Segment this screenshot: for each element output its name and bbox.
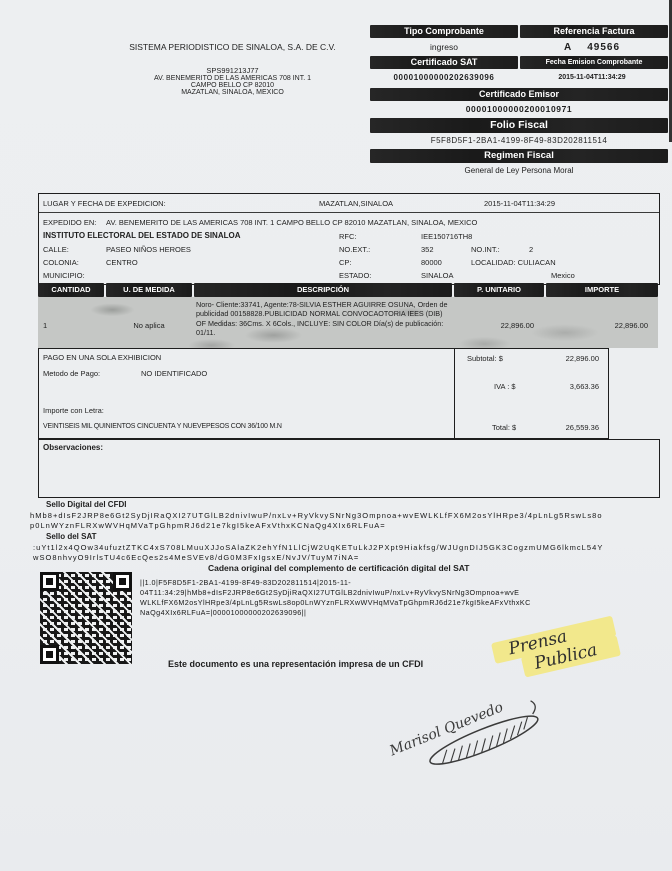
qr-finder-bottom-left <box>40 645 59 664</box>
calle-label: CALLE: <box>43 245 69 254</box>
importe-letra-value: VEINTISEIS MIL QUINIENTOS CINCUENTA Y NU… <box>43 423 282 430</box>
pais-value: Mexico <box>551 271 575 280</box>
iva-value: 3,663.36 <box>570 382 599 391</box>
cadena-line-2: 04T11:34:29|hMb8+dIsF2JRP8e6Gt2SyDjiRaQX… <box>140 588 531 598</box>
emitter-rfc: SPS991213J77 <box>105 66 360 75</box>
certificado-sat-header: Certificado SAT <box>370 56 518 69</box>
col-header-importe: IMPORTE <box>546 283 658 297</box>
payment-totals-box: PAGO EN UNA SOLA EXHIBICION Metodo de Pa… <box>38 348 609 439</box>
col-header-unidad: U. DE MEDIDA <box>106 283 192 297</box>
observaciones-box: Observaciones: <box>38 439 660 498</box>
cadena-original-text: ||1.0|F5F8D5F1-2BA1-4199-8F49-83D2028115… <box>140 578 531 618</box>
emitter-address-2: CAMPO BELLO CP 82010 <box>105 82 360 89</box>
qr-finder-top-right <box>113 572 132 591</box>
no-int-label: NO.INT.: <box>471 245 500 254</box>
subtotal-label: Subtotal: $ <box>467 354 503 363</box>
item-cantidad: 1 <box>43 321 47 330</box>
qr-code <box>40 572 132 664</box>
item-importe: 22,896.00 <box>568 321 648 330</box>
table-row: 1 No aplica Noro- Cliente:33741, Agente:… <box>38 297 658 348</box>
lugar-value: MAZATLAN,SINALOA <box>319 199 393 208</box>
item-descripcion: Noro- Cliente:33741, Agente:78-SILVIA ES… <box>196 300 452 338</box>
rfc-label: RFC: <box>339 232 357 241</box>
client-info-box: LUGAR Y FECHA DE EXPEDICION: MAZATLAN,SI… <box>38 193 660 285</box>
tipo-comprobante-value: ingreso <box>370 42 518 52</box>
col-header-p-unitario: P. UNITARIO <box>454 283 544 297</box>
total-value: 26,559.36 <box>566 423 599 432</box>
regimen-fiscal-header: Regimen Fiscal <box>370 149 668 163</box>
sello-cfdi-line-1: hMb8+dIsF2JRP8e6Gt2SyDjIRaQXI27UTGlLB2dn… <box>30 511 603 520</box>
item-p-unitario: 22,896.00 <box>458 321 534 330</box>
certificado-sat-value: 00001000000202639096 <box>370 73 518 82</box>
metodo-pago-label: Metodo de Pago: <box>43 369 100 378</box>
cp-label: CP: <box>339 258 352 267</box>
pago-forma: PAGO EN UNA SOLA EXHIBICION <box>43 353 161 362</box>
estado-value: SINALOA <box>421 271 454 280</box>
cadena-original-label: Cadena original del complemento de certi… <box>208 563 470 573</box>
item-unidad: No aplica <box>106 321 192 330</box>
estado-label: ESTADO: <box>339 271 371 280</box>
emitter-address-1: AV. BENEMERITO DE LAS AMERICAS 708 INT. … <box>105 75 360 82</box>
fecha-emision-header: Fecha Emision Comprobante <box>520 56 668 69</box>
folio-fiscal-value: F5F8D5F1-2BA1-4199-8F49-83D202811514 <box>370 133 668 149</box>
no-ext-label: NO.EXT.: <box>339 245 370 254</box>
col-header-descripcion: DESCRIPCIÓN <box>194 283 452 297</box>
expedition-row: LUGAR Y FECHA DE EXPEDICION: MAZATLAN,SI… <box>39 194 659 213</box>
colonia-label: COLONIA: <box>43 258 79 267</box>
metodo-pago-value: NO IDENTIFICADO <box>141 369 207 378</box>
colonia-value: CENTRO <box>106 258 138 267</box>
tipo-comprobante-header: Tipo Comprobante <box>370 25 518 38</box>
observaciones-label: Observaciones: <box>43 443 103 452</box>
emitter-block: SISTEMA PERIODISTICO DE SINALOA, S.A. DE… <box>105 42 360 96</box>
signature: Marisol Quevedo <box>385 686 560 778</box>
signature-loop <box>528 700 538 714</box>
referencia-factura-header: Referencia Factura <box>520 25 668 38</box>
expedido-en-value: AV. BENEMERITO DE LAS AMERICAS 708 INT. … <box>106 218 477 227</box>
emitter-address-3: MAZATLAN, SINALOA, MEXICO <box>105 89 360 96</box>
totals-divider <box>454 349 455 438</box>
lugar-fecha-label: LUGAR Y FECHA DE EXPEDICION: <box>43 199 166 208</box>
referencia-numero: 49566 <box>587 42 620 53</box>
receiver-name: INSTITUTO ELECTORAL DEL ESTADO DE SINALO… <box>43 231 241 240</box>
sello-sat-label: Sello del SAT <box>46 532 97 541</box>
sello-sat-line-2: wSO8nhvyO9IrlsTU4c6EcQes2s4MeSVEv8/dG0M3… <box>33 553 359 562</box>
no-int-value: 2 <box>529 245 533 254</box>
referencia-serie: A <box>564 42 571 53</box>
cfdi-legend: Este documento es una representación imp… <box>168 659 423 669</box>
sello-sat-line-1: :uYt1l2x4QOw34ufuztZTKC4xS708LMuuXJJoSAl… <box>33 543 603 552</box>
cp-value: 80000 <box>421 258 442 267</box>
fiscal-header-table: Tipo Comprobante Referencia Factura ingr… <box>370 25 668 178</box>
cadena-line-4: NaQg4XIx6RLFuA=|00001000000202639096|| <box>140 608 531 618</box>
no-ext-value: 352 <box>421 245 434 254</box>
items-table-header: CANTIDAD U. DE MEDIDA DESCRIPCIÓN P. UNI… <box>38 283 658 297</box>
rfc-value: IEE150716TH8 <box>421 232 472 241</box>
sello-cfdi-line-2: p0LnWYznFLRXwWVHqMVaTpGhpmRJ6d21e7kgI5ke… <box>30 521 386 530</box>
folio-fiscal-header: Folio Fiscal <box>370 118 668 133</box>
importe-letra-label: Importe con Letra: <box>43 406 104 415</box>
sello-cfdi-label: Sello Digital del CFDI <box>46 500 126 509</box>
fecha-emision-value: 2015-11-04T11:34:29 <box>518 74 666 81</box>
calle-value: PASEO NIÑOS HEROES <box>106 245 191 254</box>
cadena-line-3: WLKLfFX6M2osYlHRpe3/4pLnLg5RswLs8op0LnWY… <box>140 598 531 608</box>
emitter-name: SISTEMA PERIODISTICO DE SINALOA, S.A. DE… <box>105 42 360 52</box>
certificado-emisor-header: Certificado Emisor <box>370 88 668 101</box>
subtotal-value: 22,896.00 <box>566 354 599 363</box>
certificado-emisor-value: 00001000000200010971 <box>370 101 668 118</box>
cadena-line-1: ||1.0|F5F8D5F1-2BA1-4199-8F49-83D2028115… <box>140 578 531 588</box>
municipio-label: MUNICIPIO: <box>43 271 85 280</box>
col-header-cantidad: CANTIDAD <box>38 283 104 297</box>
qr-finder-top-left <box>40 572 59 591</box>
handwritten-note: Prensa Publica <box>491 616 621 684</box>
regimen-fiscal-value: General de Ley Persona Moral <box>370 163 668 178</box>
expedido-en-label: EXPEDIDO EN: <box>43 218 96 227</box>
total-label: Total: $ <box>492 423 516 432</box>
scanned-invoice-page: SISTEMA PERIODISTICO DE SINALOA, S.A. DE… <box>0 0 672 871</box>
fecha-expedicion-value: 2015-11-04T11:34:29 <box>484 199 555 208</box>
iva-label: IVA : $ <box>494 382 516 391</box>
localidad-value: LOCALIDAD: CULIACAN <box>471 258 556 267</box>
